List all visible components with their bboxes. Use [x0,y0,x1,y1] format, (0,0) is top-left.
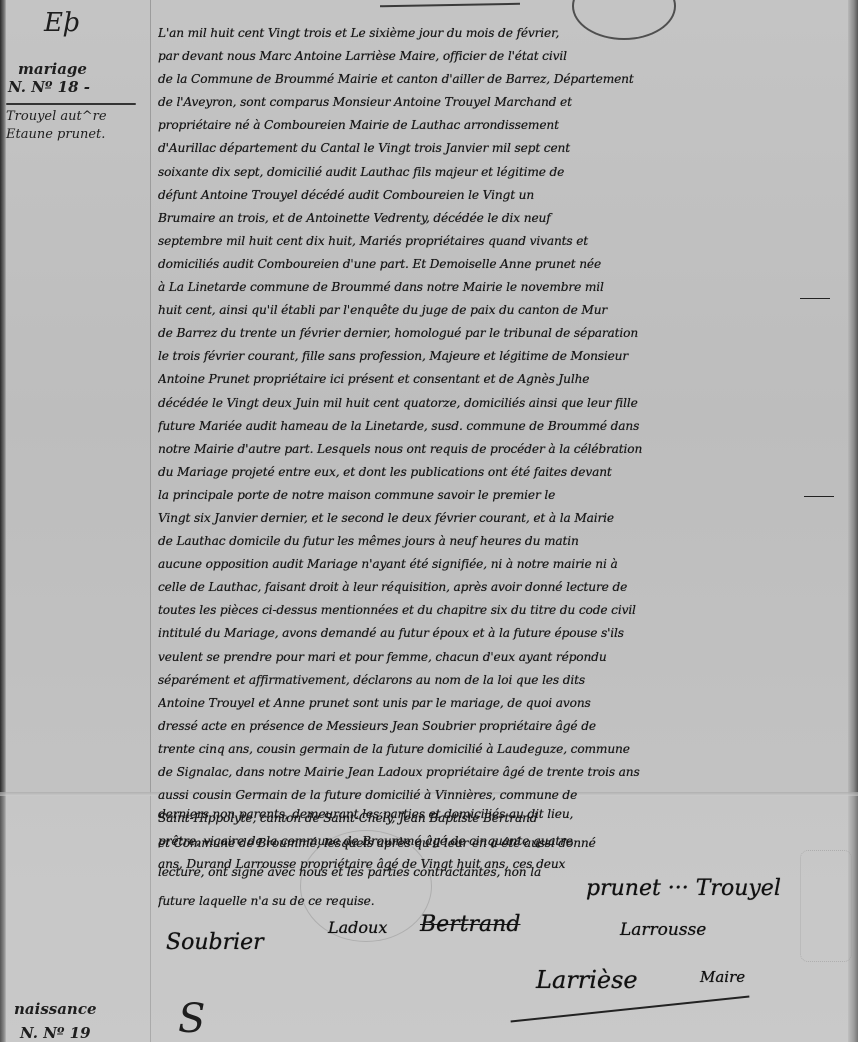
signature-mayor: Larrièse [536,966,638,994]
body-line: derniers non parents, demeurant les part… [158,800,846,829]
body-line: toutes les pièces ci-dessus mentionnées … [158,599,846,622]
body-line: intitulé du Mariage, avons demandé au fu… [158,622,846,645]
body-line: septembre mil huit cent dix huit, Mariés… [158,230,846,253]
body-line: Brumaire an trois, et de Antoinette Vedr… [158,207,846,230]
body-line: domiciliés audit Comboureien d'une part.… [158,253,846,276]
body-line: à La Linetarde commune de Broummé dans n… [158,276,846,299]
body-line: de la Commune de Broummé Mairie et canto… [158,68,846,91]
body-line: trente cinq ans, cousin germain de la fu… [158,738,846,761]
body-line: soixante dix sept, domicilié audit Lauth… [158,161,846,184]
line-end-dash [800,298,830,299]
mayor-title: Maire [700,968,745,986]
margin-spouse-names: Trouyel aut^re Etaune prunet. [6,108,146,144]
body-line: d'Aurillac département du Cantal le Ving… [158,137,846,160]
margin-underline [6,103,136,105]
body-line: du Mariage projeté entre eux, et dont le… [158,461,846,484]
record-body: L'an mil huit cent Vingt trois et Le six… [158,22,846,876]
body-line: veulent se prendre pour mari et pour fem… [158,646,846,669]
next-entry-initial: S [178,996,205,1042]
header-flourish-stroke [380,3,520,7]
body-line: L'an mil huit cent Vingt trois et Le six… [158,22,846,45]
margin-next-record-number: N. Nº 19 [20,1024,91,1042]
body-line: Antoine Prunet propriétaire ici présent … [158,368,846,391]
body-line: et Commune de Broummé, lesquels après qu… [158,829,846,858]
body-line: le trois février courant, fille sans pro… [158,345,846,368]
body-line: de Lauthac domicile du futur les mêmes j… [158,530,846,553]
body-line: propriétaire né à Comboureien Mairie de … [158,114,846,137]
body-line: la principale porte de notre maison comm… [158,484,846,507]
body-line: dressé acte en présence de Messieurs Jea… [158,715,846,738]
body-line: Vingt six Janvier dernier, et le second … [158,507,846,530]
body-line: décédée le Vingt deux Juin mil huit cent… [158,392,846,415]
signature-witness-ladoux: Ladoux [328,918,387,937]
body-line: huit cent, ainsi qu'il établi par l'enqu… [158,299,846,322]
signature-spouses: prunet ··· Trouyel [586,876,781,901]
body-line: Antoine Trouyel et Anne prunet sont unis… [158,692,846,715]
margin-next-record-type: naissance [14,1000,97,1018]
body-line: celle de Lauthac, faisant droit à leur r… [158,576,846,599]
signature-witness-larrousse: Larrousse [620,920,706,940]
margin-symbol: Eþ [44,8,80,38]
body-line: aucune opposition audit Mariage n'ayant … [158,553,846,576]
body-line: de l'Aveyron, sont comparus Monsieur Ant… [158,91,846,114]
body-line: notre Mairie d'autre part. Lesquels nous… [158,438,846,461]
body-line: défunt Antoine Trouyel décédé audit Comb… [158,184,846,207]
body-line: séparément et affirmativement, déclarons… [158,669,846,692]
body-line: de Barrez du trente un février dernier, … [158,322,846,345]
body-line: de Signalac, dans notre Mairie Jean Lado… [158,761,846,784]
margin-record-number: N. Nº 18 - [8,78,90,96]
margin-record-type: mariage [18,60,87,78]
body-line: future Mariée audit hameau de la Linetar… [158,415,846,438]
document-scan: Eþ mariage N. Nº 18 - Trouyel aut^re Eta… [0,0,858,1042]
signature-witness-soubrier: Soubrier [166,930,264,955]
body-line: par devant nous Marc Antoine Larrièse Ma… [158,45,846,68]
line-end-dash [804,496,834,497]
signature-witness-bertrand: Bertrand [420,912,520,937]
